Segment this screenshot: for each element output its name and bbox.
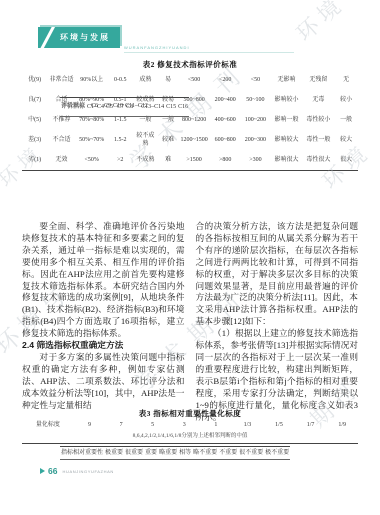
t3-header-cell: 略不重要 bbox=[192, 447, 218, 460]
t2-cell: 较小 bbox=[334, 90, 358, 110]
brand-slash-decoration bbox=[39, 27, 56, 48]
t2-cell: <50 bbox=[240, 70, 270, 90]
t2-header-cell: 等级赋值 bbox=[60, 97, 86, 116]
t2-cell: 劣(1) bbox=[22, 150, 47, 170]
t2-cell: 1200~1500 bbox=[178, 130, 210, 150]
t2-cell: 毒性很大 bbox=[302, 150, 334, 170]
page-marker-icon bbox=[40, 468, 45, 474]
body-text: 要全面、科学、准确地评价各污染地块修复技术的基本特征和多要素之间的复杂关系，通过… bbox=[22, 221, 358, 407]
t2-cell: 非常合适 bbox=[47, 70, 76, 90]
t2-header-cell: C9 bbox=[103, 97, 112, 116]
t3-cell: 3 bbox=[168, 419, 200, 431]
t2-cell: 很大 bbox=[334, 150, 358, 170]
journal-name: 环境与发展 bbox=[60, 33, 110, 42]
t2-cell: >2 bbox=[108, 150, 133, 170]
t2-cell: 50%~70% bbox=[76, 130, 108, 150]
t2-cell: 无 bbox=[334, 70, 358, 90]
journal-pinyin: WURANFANGZHIYUANDI bbox=[124, 45, 294, 53]
t3-header-cell: 很不重要 bbox=[238, 447, 264, 460]
t3-cell: 1 bbox=[200, 419, 232, 431]
t2-cell: 成熟 bbox=[133, 70, 158, 90]
page-number: 66 bbox=[48, 466, 57, 476]
t2-cell: 影响很大 bbox=[271, 150, 303, 170]
t2-cell: 较大 bbox=[334, 130, 358, 150]
t2-header-cell bbox=[153, 97, 155, 116]
t3-cell: 量化标度 bbox=[22, 419, 74, 431]
t2-cell: 较难 bbox=[158, 130, 178, 150]
t2-header-cell: C10 bbox=[112, 97, 124, 116]
t2-cell: 90%以上 bbox=[76, 70, 108, 90]
page-footer: 66 HUANJINGYUFAZHAN bbox=[40, 466, 114, 476]
t2-cell: 不合适 bbox=[47, 130, 76, 150]
t3-cell: 9 bbox=[74, 419, 106, 431]
t3-header-cell: 重要 bbox=[144, 447, 158, 460]
body-column-left: 要全面、科学、准确地评价各污染地块修复技术的基本特征和多要素之间的复杂关系，通过… bbox=[22, 221, 185, 407]
t2-cell: 较不成熟 bbox=[133, 130, 158, 150]
t3-header-cell: 相等 bbox=[178, 447, 192, 460]
t3-header-cell: 不重要 bbox=[218, 447, 238, 460]
t2-cell: >800 bbox=[210, 150, 240, 170]
table2-evaluation-criteria: 评价指标C1–C4C5C7C8C13–C14C15C16等级赋值C6C9C10C… bbox=[22, 70, 358, 171]
t2-cell: 600~800 bbox=[210, 130, 240, 150]
t3-cell: 7 bbox=[105, 419, 137, 431]
table3-importance-scale: 指标相对重要性极重要很重要重要略重要相等略不重要不重要很不重要极不重要量化标度9… bbox=[22, 419, 358, 444]
t2-cell: >1500 bbox=[178, 150, 210, 170]
t3-header-cell: 指标相对重要性 bbox=[60, 447, 104, 460]
t2-cell: 无残留 bbox=[302, 70, 334, 90]
t2-header-cell: C6 bbox=[90, 97, 99, 116]
t3-header-cell: 极重要 bbox=[104, 447, 124, 460]
t2-cell: 优(9) bbox=[22, 70, 47, 90]
journal-brand: 环境与发展 bbox=[38, 27, 120, 48]
paragraph: 对于多方案的多属性决策问题中指标权重的确定方法有多种，例如专家估测法、AHP法、… bbox=[22, 352, 185, 412]
t3-cell: 1/9 bbox=[326, 419, 358, 431]
t2-cell: <500 bbox=[178, 70, 210, 90]
t2-cell: 不成熟 bbox=[133, 150, 158, 170]
t2-cell: <200 bbox=[210, 70, 240, 90]
page-header: 环境与发展 WURANFANGZHIYUANDI bbox=[38, 27, 358, 53]
t2-cell: 难 bbox=[158, 150, 178, 170]
paragraph: 要全面、科学、准确地评价各污染地块修复技术的基本特征和多要素之间的复杂关系，通过… bbox=[22, 221, 185, 340]
t3-cell: 1/3 bbox=[232, 419, 264, 431]
t2-cell: 0-0.5 bbox=[108, 70, 133, 90]
t2-cell: 中(5) bbox=[22, 110, 47, 130]
footer-journal-pinyin: HUANJINGYUFAZHAN bbox=[62, 469, 113, 474]
t2-cell: 易 bbox=[158, 70, 178, 90]
table3-title: 表3 指标相对重要性量化标度 bbox=[0, 408, 380, 419]
t2-header-cell: C11–C12 bbox=[124, 97, 149, 116]
t3-cell: 1/7 bbox=[295, 419, 327, 431]
t2-cell: 差(3) bbox=[22, 130, 47, 150]
t3-header-cell: 极不重要 bbox=[264, 447, 290, 460]
t3-header-cell: 略重要 bbox=[158, 447, 178, 460]
t2-cell: >300 bbox=[240, 150, 270, 170]
journal-page: 环境学术期刊环境与环境学术期刊期刊环境 环境与发展 WURANFANGZHIYU… bbox=[0, 0, 380, 515]
t2-cell: 良(7) bbox=[22, 90, 47, 110]
section-heading: 2.4 筛选指标权重确定方法 bbox=[22, 340, 185, 352]
t2-cell: 无影响 bbox=[271, 70, 303, 90]
t2-cell: <50% bbox=[76, 150, 108, 170]
t3-header-cell: 很重要 bbox=[124, 447, 144, 460]
table2-title: 表2 修复技术指标评价标准 bbox=[0, 59, 380, 70]
body-column-right: 合的决策分析方法，该方法是把复杂问题的各指标按相互间的从属关系分解为若干个有序的… bbox=[196, 221, 359, 407]
t2-cell: 一般 bbox=[334, 110, 358, 130]
t2-cell: 毒性一般 bbox=[302, 130, 334, 150]
paragraph: 合的决策分析方法，该方法是把复杂问题的各指标按相互间的从属关系分解为若干个有序的… bbox=[196, 221, 359, 328]
t2-cell: 无效 bbox=[47, 150, 76, 170]
t2-cell: 影响较大 bbox=[271, 130, 303, 150]
t3-cell: 5 bbox=[137, 419, 169, 431]
t2-cell: 1.5-2 bbox=[108, 130, 133, 150]
t3-cell: 1/5 bbox=[263, 419, 295, 431]
t2-cell: 200~300 bbox=[240, 130, 270, 150]
table3-note: 8,6,4,2,1/2,1/4,1/6,1/8分别为上述相邻判断的中值 bbox=[22, 431, 358, 443]
